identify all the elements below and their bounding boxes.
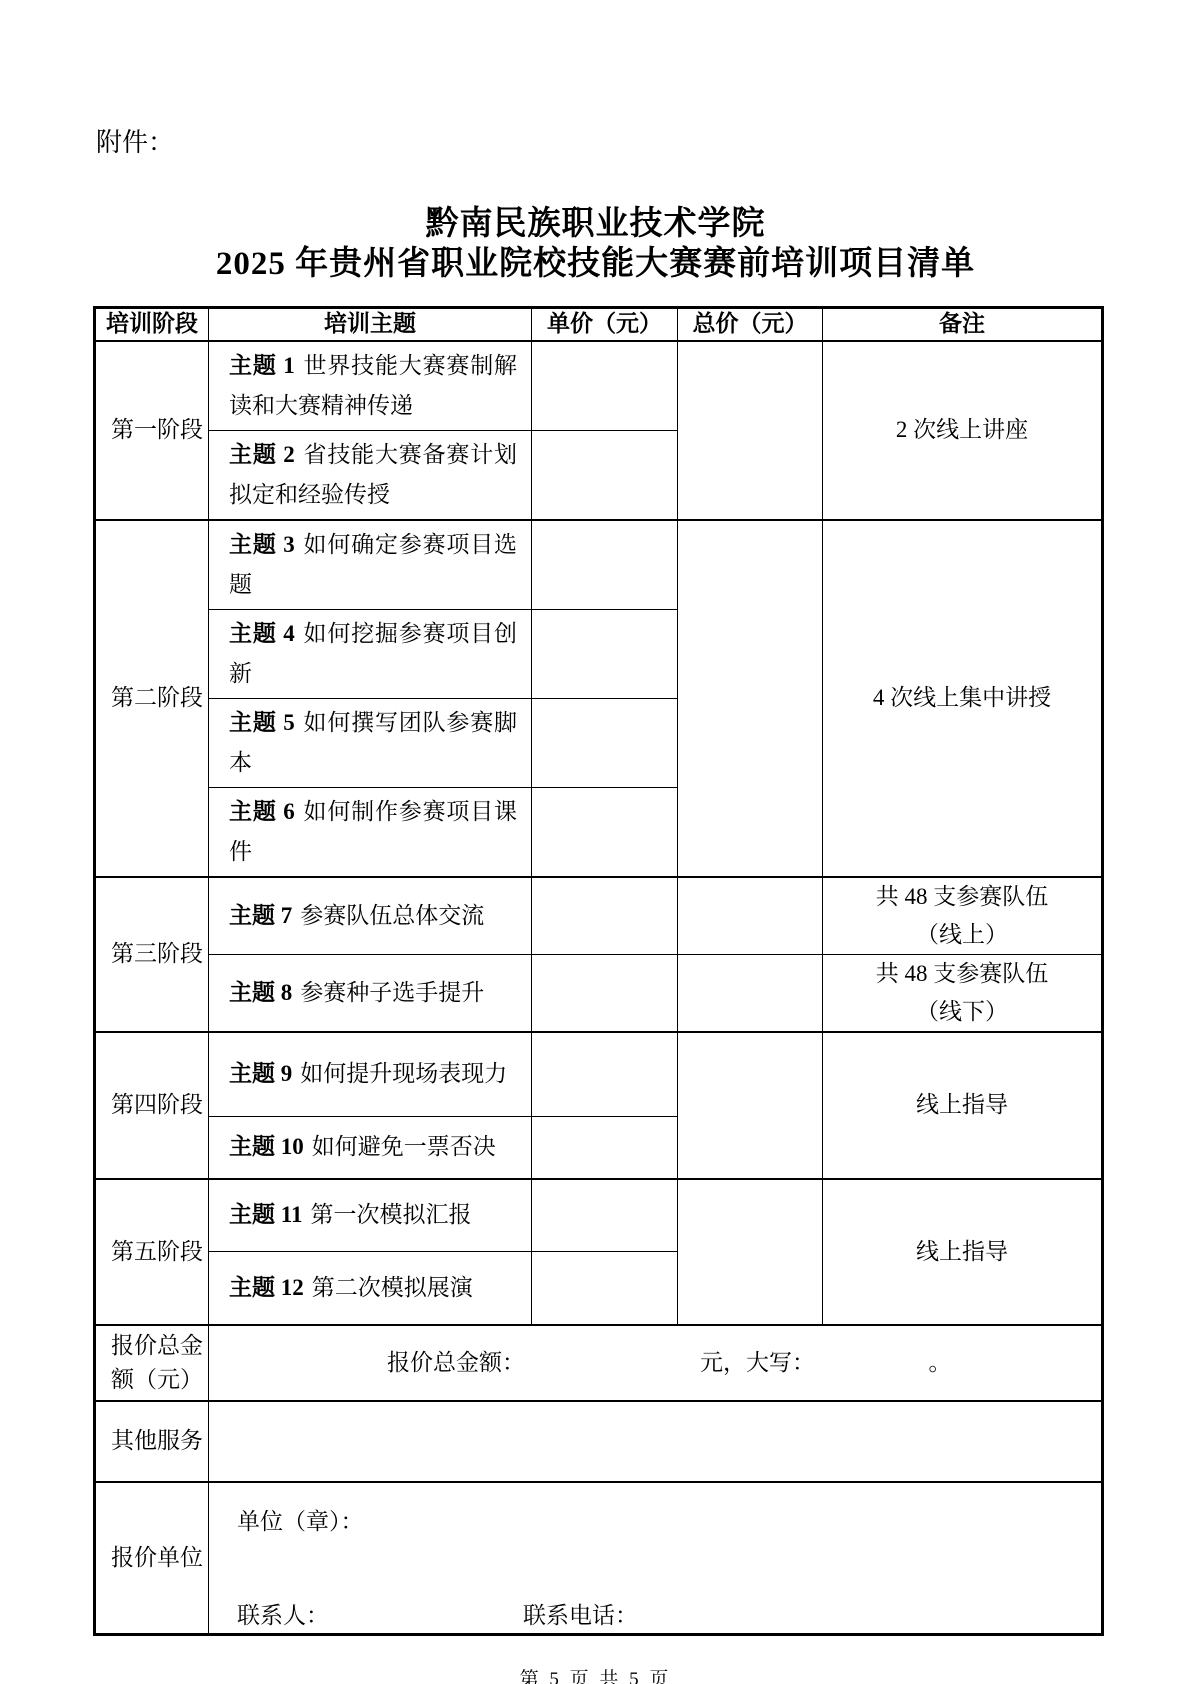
page-number: 第 5 页 共 5 页 xyxy=(0,1664,1191,1684)
topic-text: 参赛种子选手提升 xyxy=(300,980,484,1005)
stage-4-label: 第四阶段 xyxy=(95,1032,209,1179)
topic-number: 主题 5 xyxy=(229,710,295,735)
header-remark: 备注 xyxy=(823,308,1103,341)
topic-number: 主题 9 xyxy=(229,1061,292,1086)
contact-phone-label: 联系电话： xyxy=(523,1603,638,1628)
topic-number: 主题 1 xyxy=(229,353,295,378)
stage-2-label: 第二阶段 xyxy=(95,520,209,877)
topic-text: 如何提升现场表现力 xyxy=(300,1061,507,1086)
topic-number: 主题 2 xyxy=(229,442,295,467)
topic-number: 主题 11 xyxy=(229,1202,302,1227)
table-row: 第二阶段 主题 3如何确定参赛项目选题 4 次线上集中讲授 xyxy=(95,520,1103,610)
table-header-row: 培训阶段 培训主题 单价（元） 总价（元） 备注 xyxy=(95,308,1103,341)
topic-number: 主题 7 xyxy=(229,903,292,928)
topic-5-cell: 主题 5如何撰写团队参赛脚本 xyxy=(209,698,532,787)
unit-price-cell-9 xyxy=(532,1032,678,1117)
unit-price-cell-4 xyxy=(532,609,678,698)
total-price-cell-8 xyxy=(678,954,823,1032)
other-services-cell xyxy=(209,1401,1103,1482)
topic-1-cell: 主题 1世界技能大赛赛制解读和大赛精神传递 xyxy=(209,341,532,431)
stage-3-label: 第三阶段 xyxy=(95,877,209,1032)
unit-price-cell-1 xyxy=(532,341,678,431)
topic-10-cell: 主题 10如何避免一票否决 xyxy=(209,1117,532,1179)
total-price-cell-stage-4 xyxy=(678,1032,823,1179)
training-project-table: 培训阶段 培训主题 单价（元） 总价（元） 备注 第一阶段 主题 1世界技能大赛… xyxy=(93,306,1104,1636)
total-amount-prefix: 报价总金额： xyxy=(387,1350,525,1375)
header-unit-price: 单价（元） xyxy=(532,308,678,341)
total-amount-label-line-2: 额（元） xyxy=(111,1363,208,1397)
document-page: 附件： 黔南民族职业技术学院 2025 年贵州省职业院校技能大赛赛前培训项目清单… xyxy=(0,0,1191,1684)
topic-9-cell: 主题 9如何提升现场表现力 xyxy=(209,1032,532,1117)
unit-price-cell-2 xyxy=(532,430,678,520)
unit-price-cell-7 xyxy=(532,877,678,955)
topic-12-cell: 主题 12第二次模拟展演 xyxy=(209,1252,532,1325)
topic-text: 第二次模拟展演 xyxy=(312,1275,473,1300)
topic-4-cell: 主题 4如何挖掘参赛项目创新 xyxy=(209,609,532,698)
topic-text: 第一次模拟汇报 xyxy=(310,1202,471,1227)
unit-price-cell-3 xyxy=(532,520,678,610)
topic-6-cell: 主题 6如何制作参赛项目课件 xyxy=(209,787,532,877)
attachment-label: 附件： xyxy=(96,126,1191,160)
topic-7-remark: 共 48 支参赛队伍 （线上） xyxy=(823,877,1103,955)
topic-number: 主题 12 xyxy=(229,1275,304,1300)
table-row: 第三阶段 主题 7参赛队伍总体交流 共 48 支参赛队伍 （线上） xyxy=(95,877,1103,955)
topic-number: 主题 8 xyxy=(229,980,292,1005)
total-amount-yuan-caps: 元，大写： xyxy=(700,1350,804,1375)
unit-price-cell-11 xyxy=(532,1179,678,1252)
topic-number: 主题 6 xyxy=(229,799,295,824)
total-amount-fill-in-cell: 报价总金额：元，大写：。 xyxy=(209,1325,1103,1401)
stage-5-label: 第五阶段 xyxy=(95,1179,209,1325)
unit-seal-label: 单位（章）： xyxy=(237,1505,1101,1539)
total-amount-row: 报价总金 额（元） 报价总金额：元，大写：。 xyxy=(95,1325,1103,1401)
topic-3-cell: 主题 3如何确定参赛项目选题 xyxy=(209,520,532,610)
table-row: 第四阶段 主题 9如何提升现场表现力 线上指导 xyxy=(95,1032,1103,1117)
header-total-price: 总价（元） xyxy=(678,308,823,341)
stage-4-remark: 线上指导 xyxy=(823,1032,1103,1179)
unit-price-cell-5 xyxy=(532,698,678,787)
remark-line-2: （线下） xyxy=(823,993,1101,1031)
topic-11-cell: 主题 11第一次模拟汇报 xyxy=(209,1179,532,1252)
other-services-row: 其他服务 xyxy=(95,1401,1103,1482)
title-line-1: 黔南民族职业技术学院 xyxy=(0,204,1191,244)
contact-person-label: 联系人： xyxy=(237,1603,329,1628)
topic-2-cell: 主题 2省技能大赛备赛计划拟定和经验传授 xyxy=(209,430,532,520)
stage-5-remark: 线上指导 xyxy=(823,1179,1103,1325)
topic-text: 如何避免一票否决 xyxy=(312,1134,496,1159)
topic-text: 参赛队伍总体交流 xyxy=(300,903,484,928)
stage-1-remark: 2 次线上讲座 xyxy=(823,341,1103,520)
title-line-2: 2025 年贵州省职业院校技能大赛赛前培训项目清单 xyxy=(0,244,1191,284)
unit-price-cell-6 xyxy=(532,787,678,877)
total-price-cell-7 xyxy=(678,877,823,955)
unit-price-cell-10 xyxy=(532,1117,678,1179)
table-row: 第一阶段 主题 1世界技能大赛赛制解读和大赛精神传递 2 次线上讲座 xyxy=(95,341,1103,431)
unit-price-cell-12 xyxy=(532,1252,678,1325)
quote-unit-row: 报价单位 单位（章）： 联系人：联系电话： xyxy=(95,1482,1103,1635)
stage-1-label: 第一阶段 xyxy=(95,341,209,520)
remark-line-1: 共 48 支参赛队伍 xyxy=(823,878,1101,916)
total-amount-label: 报价总金 额（元） xyxy=(95,1325,209,1401)
total-price-cell-stage-1 xyxy=(678,341,823,520)
quote-unit-cell: 单位（章）： 联系人：联系电话： xyxy=(209,1482,1103,1635)
topic-number: 主题 3 xyxy=(229,532,295,557)
topic-8-cell: 主题 8参赛种子选手提升 xyxy=(209,954,532,1032)
header-topic: 培训主题 xyxy=(209,308,532,341)
table-row: 第五阶段 主题 11第一次模拟汇报 线上指导 xyxy=(95,1179,1103,1252)
stage-2-remark: 4 次线上集中讲授 xyxy=(823,520,1103,877)
topic-8-remark: 共 48 支参赛队伍 （线下） xyxy=(823,954,1103,1032)
topic-7-cell: 主题 7参赛队伍总体交流 xyxy=(209,877,532,955)
table-row: 主题 8参赛种子选手提升 共 48 支参赛队伍 （线下） xyxy=(95,954,1103,1032)
total-price-cell-stage-5 xyxy=(678,1179,823,1325)
unit-price-cell-8 xyxy=(532,954,678,1032)
contact-line: 联系人：联系电话： xyxy=(237,1599,1101,1633)
quote-unit-label: 报价单位 xyxy=(95,1482,209,1635)
total-amount-period: 。 xyxy=(929,1350,952,1375)
other-services-label: 其他服务 xyxy=(95,1401,209,1482)
total-amount-label-line-1: 报价总金 xyxy=(111,1329,208,1363)
topic-number: 主题 10 xyxy=(229,1134,304,1159)
remark-line-2: （线上） xyxy=(823,916,1101,954)
remark-line-1: 共 48 支参赛队伍 xyxy=(823,955,1101,993)
total-price-cell-stage-2 xyxy=(678,520,823,877)
document-title: 黔南民族职业技术学院 2025 年贵州省职业院校技能大赛赛前培训项目清单 xyxy=(0,204,1191,284)
topic-number: 主题 4 xyxy=(229,621,295,646)
header-stage: 培训阶段 xyxy=(95,308,209,341)
